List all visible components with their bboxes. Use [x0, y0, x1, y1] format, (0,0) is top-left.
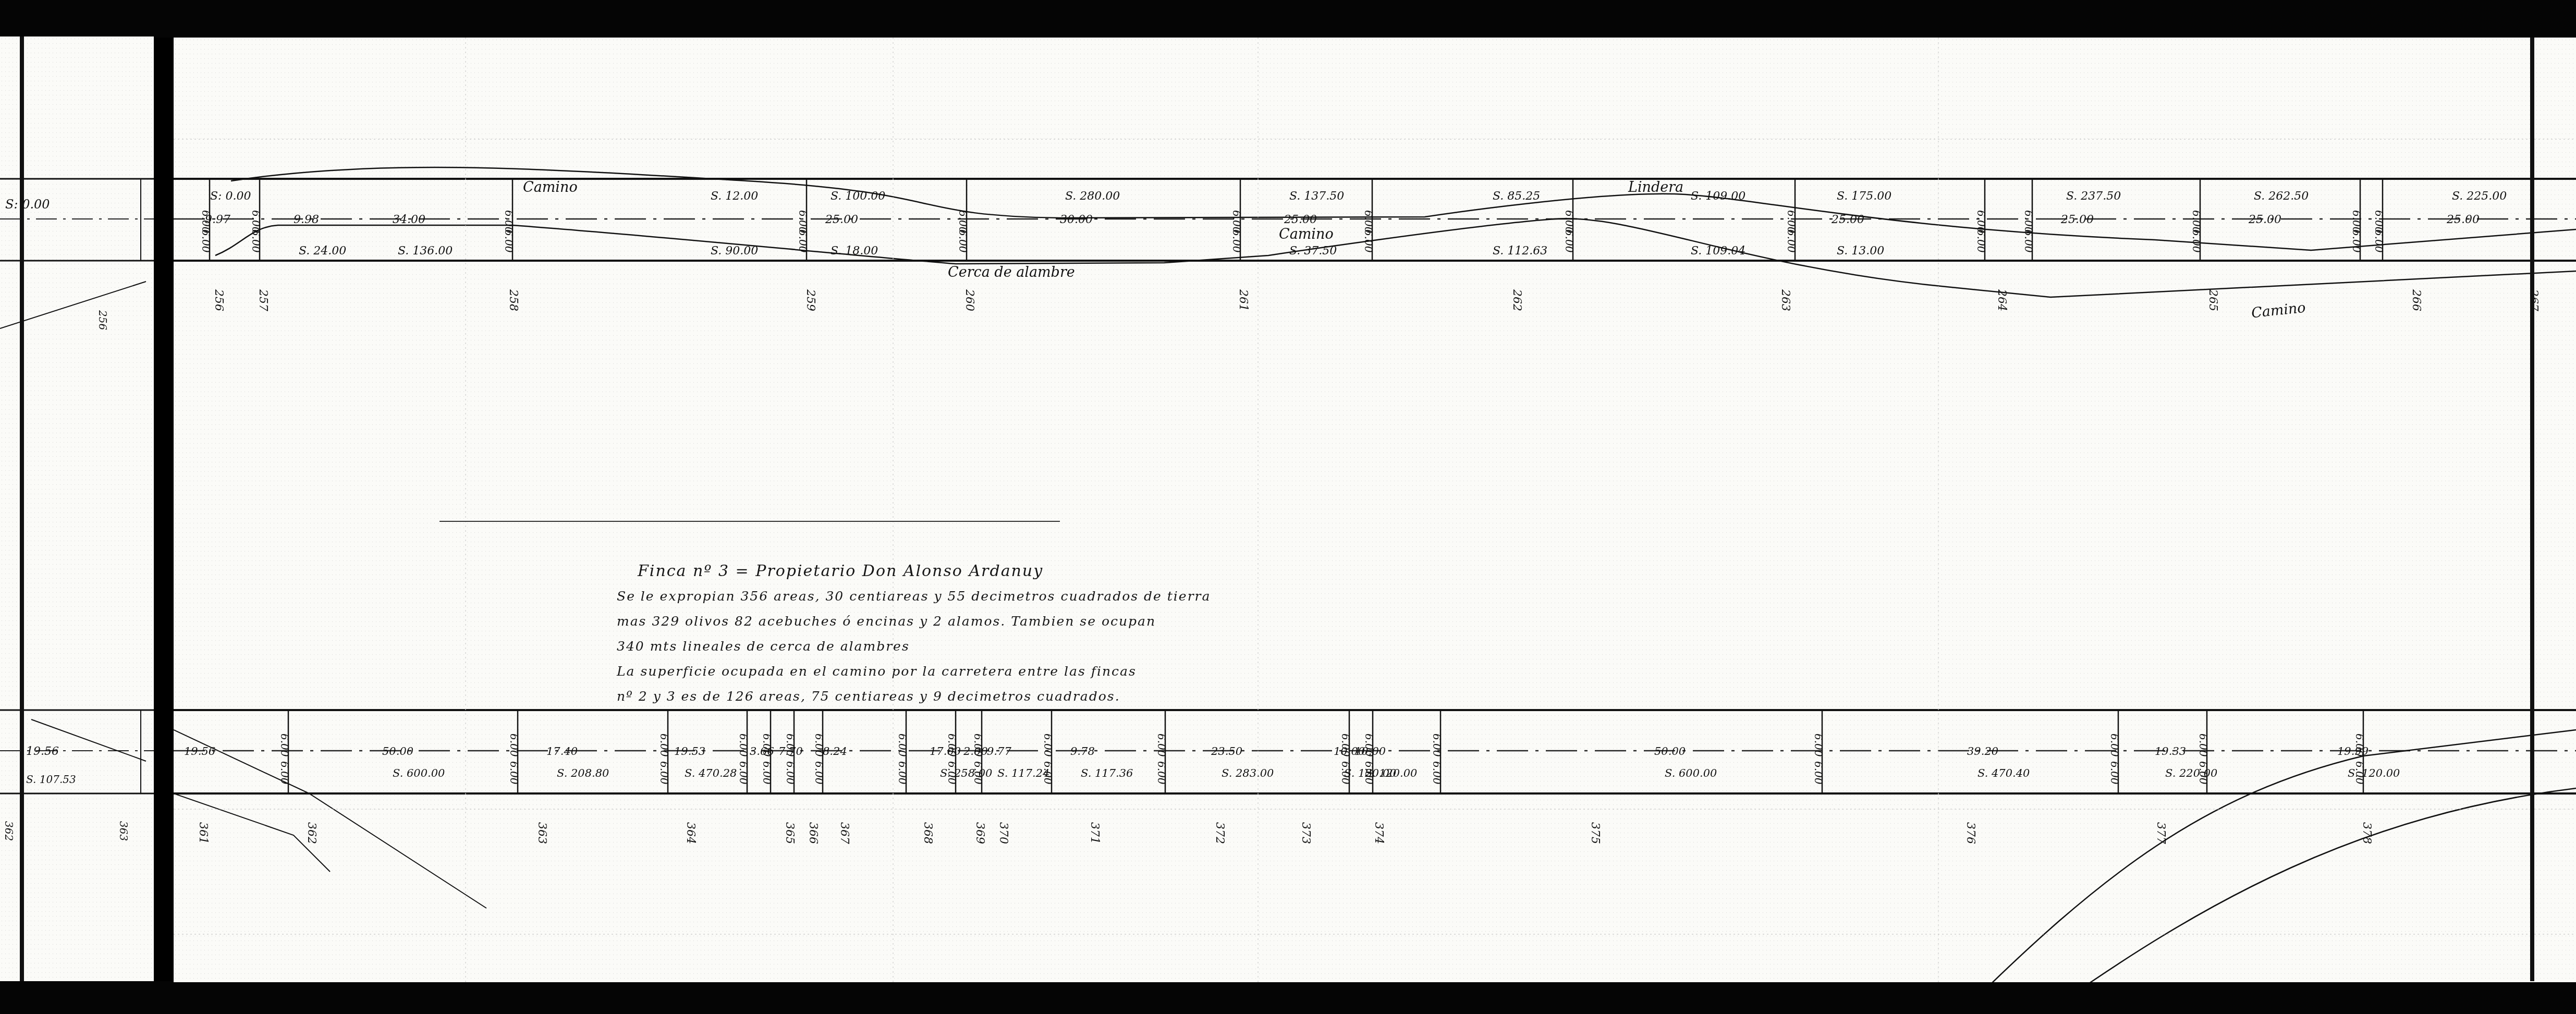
- svg-text:S. 24.00: S. 24.00: [299, 245, 346, 258]
- svg-text:6.00: 6.00: [896, 761, 909, 785]
- svg-text:25.00: 25.00: [2060, 213, 2094, 226]
- svg-text:363: 363: [535, 822, 548, 844]
- svg-text:9.78: 9.78: [1070, 745, 1095, 758]
- svg-text:6.00: 6.00: [1812, 761, 1825, 785]
- parcel-note-line: Se le expropian 356 areas, 30 centiareas…: [617, 584, 1268, 609]
- svg-text:S. 237.50: S. 237.50: [2066, 190, 2121, 203]
- svg-text:367: 367: [838, 822, 851, 844]
- svg-text:S. 283.00: S. 283.00: [1222, 767, 1274, 779]
- svg-text:39.20: 39.20: [1967, 745, 1998, 758]
- svg-text:6.00: 6.00: [1042, 734, 1054, 757]
- svg-text:6.00: 6.00: [2350, 229, 2363, 253]
- svg-text:6.00: 6.00: [2373, 229, 2385, 253]
- svg-text:19.56: 19.56: [26, 745, 59, 758]
- parcel-note-title: Finca nº 3 = Propietario Don Alonso Arda…: [638, 559, 1268, 584]
- svg-text:265: 265: [2206, 289, 2219, 311]
- svg-text:S. 280.00: S. 280.00: [1065, 190, 1120, 203]
- svg-text:50.00: 50.00: [1654, 745, 1686, 758]
- svg-text:9.97: 9.97: [205, 213, 230, 226]
- scan-border-top: [0, 0, 2576, 38]
- svg-text:6.00: 6.00: [658, 734, 670, 757]
- svg-text:6.00: 6.00: [813, 761, 825, 785]
- svg-text:S. 37.50: S. 37.50: [1289, 245, 1337, 258]
- svg-text:17.40: 17.40: [546, 745, 578, 758]
- svg-text:6.00: 6.00: [737, 734, 750, 757]
- svg-text:6.00: 6.00: [1230, 229, 1243, 253]
- svg-text:6.00: 6.00: [2108, 761, 2121, 785]
- svg-text:361: 361: [197, 822, 210, 844]
- svg-text:6.00: 6.00: [278, 761, 291, 785]
- svg-text:S. 600.00: S. 600.00: [393, 767, 445, 779]
- svg-text:34.00: 34.00: [393, 213, 425, 226]
- svg-text:S. 90.00: S. 90.00: [711, 245, 758, 258]
- svg-text:6.00: 6.00: [1431, 734, 1443, 757]
- svg-text:263: 263: [1779, 289, 1792, 311]
- svg-text:372: 372: [1213, 822, 1226, 844]
- svg-text:260: 260: [963, 289, 976, 311]
- svg-text:8.24: 8.24: [823, 745, 847, 758]
- svg-text:262: 262: [1510, 289, 1523, 311]
- svg-text:S. 107.53: S. 107.53: [26, 773, 76, 786]
- svg-text:373: 373: [1299, 822, 1312, 844]
- svg-text:6.00: 6.00: [1155, 734, 1168, 757]
- svg-text:256: 256: [212, 289, 225, 311]
- svg-text:378: 378: [2360, 822, 2373, 844]
- svg-text:50.00: 50.00: [382, 745, 413, 758]
- svg-text:362: 362: [3, 821, 15, 841]
- svg-text:259: 259: [804, 289, 817, 311]
- parcel-note-line: mas 329 olivos 82 acebuches ó encinas y …: [617, 609, 1268, 634]
- svg-text:30.00: 30.00: [1060, 213, 1093, 226]
- svg-text:374: 374: [1372, 822, 1385, 844]
- svg-text:6.00: 6.00: [784, 761, 797, 785]
- svg-text:23.50: 23.50: [1211, 745, 1242, 758]
- svg-text:S. 175.00: S. 175.00: [1837, 190, 1891, 203]
- svg-text:368: 368: [921, 822, 934, 844]
- svg-text:370: 370: [997, 822, 1010, 844]
- svg-text:S. 85.25: S. 85.25: [1493, 190, 1540, 203]
- svg-text:261: 261: [1237, 289, 1250, 311]
- svg-text:S. 220.00: S. 220.00: [2165, 767, 2217, 779]
- svg-text:266: 266: [2410, 289, 2423, 311]
- svg-text:9.98: 9.98: [294, 213, 319, 226]
- svg-text:9.77: 9.77: [987, 745, 1011, 758]
- sheet-fragment-left: S: 0.0019.56S. 107.53256363362: [0, 36, 154, 981]
- road-label: Camino: [523, 179, 578, 196]
- svg-text:6.00: 6.00: [2197, 734, 2209, 757]
- svg-text:6.00: 6.00: [957, 229, 969, 253]
- svg-text:S. 12.00: S. 12.00: [711, 190, 758, 203]
- boundary-label: Lindera: [1628, 179, 1683, 196]
- svg-text:369: 369: [973, 822, 986, 844]
- svg-text:S. 600.00: S. 600.00: [1665, 767, 1717, 779]
- svg-text:S. 18.00: S. 18.00: [831, 245, 878, 258]
- svg-text:S. 117.36: S. 117.36: [1081, 767, 1133, 779]
- svg-text:6.00: 6.00: [761, 761, 773, 785]
- svg-text:6.00: 6.00: [1431, 761, 1443, 785]
- svg-text:25.00: 25.00: [1284, 213, 1317, 226]
- svg-text:S. 262.50: S. 262.50: [2254, 190, 2309, 203]
- svg-text:6.00: 6.00: [737, 761, 750, 785]
- fence-label: Cerca de alambre: [948, 264, 1075, 280]
- svg-text:25.00: 25.00: [2248, 213, 2281, 226]
- svg-text:6.00: 6.00: [2190, 229, 2203, 253]
- svg-text:S: 0.00: S: 0.00: [5, 197, 50, 212]
- svg-text:S. 109.04: S. 109.04: [1691, 245, 1745, 258]
- svg-text:6.00: 6.00: [508, 734, 520, 757]
- svg-text:S. 100.00: S. 100.00: [831, 190, 885, 203]
- svg-text:7.70: 7.70: [778, 745, 803, 758]
- svg-text:6.00: 6.00: [508, 761, 520, 785]
- parcel-note: Finca nº 3 = Propietario Don Alonso Arda…: [617, 559, 1268, 709]
- svg-text:363: 363: [117, 821, 130, 841]
- svg-text:6.00: 6.00: [250, 229, 262, 253]
- svg-text:256: 256: [96, 310, 109, 330]
- svg-text:25.00: 25.00: [1831, 213, 1864, 226]
- svg-text:S. 136.00: S. 136.00: [398, 245, 453, 258]
- svg-text:6.00: 6.00: [200, 229, 212, 253]
- svg-text:19.33: 19.33: [2155, 745, 2186, 758]
- svg-text:17.00: 17.00: [930, 745, 961, 758]
- svg-text:S. 120.00: S. 120.00: [2348, 767, 2400, 779]
- svg-text:S. 137.50: S. 137.50: [1289, 190, 1344, 203]
- svg-text:6.00: 6.00: [278, 734, 291, 757]
- svg-text:257: 257: [257, 289, 270, 311]
- svg-text:371: 371: [1088, 822, 1101, 844]
- parcel-note-line: 340 mts lineales de cerca de alambres: [617, 634, 1268, 659]
- svg-text:19.53: 19.53: [674, 745, 705, 758]
- svg-text:2.00: 2.00: [963, 745, 988, 758]
- svg-text:25.00: 25.00: [825, 213, 858, 226]
- svg-text:362: 362: [305, 822, 318, 844]
- svg-text:366: 366: [807, 822, 820, 844]
- svg-text:6.00: 6.00: [1975, 229, 1987, 253]
- svg-text:S. 208.80: S. 208.80: [557, 767, 609, 779]
- svg-text:10.00: 10.00: [1354, 745, 1386, 758]
- svg-text:S: 0.00: S: 0.00: [210, 190, 251, 203]
- svg-text:S. 120.00: S. 120.00: [1365, 767, 1417, 779]
- svg-text:364: 364: [684, 822, 697, 844]
- svg-text:S. 470.28: S. 470.28: [685, 767, 737, 779]
- left-fragment-drawing: S: 0.0019.56S. 107.53256363362: [0, 36, 154, 981]
- svg-text:6.00: 6.00: [1155, 761, 1168, 785]
- svg-text:S. 470.40: S. 470.40: [1977, 767, 2030, 779]
- svg-text:365: 365: [783, 822, 796, 844]
- svg-text:6.00: 6.00: [658, 761, 670, 785]
- svg-text:3.66: 3.66: [750, 745, 774, 758]
- svg-text:258: 258: [507, 289, 520, 311]
- svg-text:S. 117.24: S. 117.24: [997, 767, 1049, 779]
- svg-text:6.00: 6.00: [1785, 229, 1798, 253]
- svg-text:S. 109.00: S. 109.00: [1691, 190, 1745, 203]
- svg-text:6.00: 6.00: [1812, 734, 1825, 757]
- svg-text:6.00: 6.00: [503, 229, 515, 253]
- svg-text:6.00: 6.00: [896, 734, 909, 757]
- survey-sheet: 6.006.006.006.006.006.006.006.006.006.00…: [174, 38, 2576, 982]
- svg-text:375: 375: [1589, 822, 1602, 844]
- svg-text:376: 376: [1964, 822, 1977, 844]
- svg-text:264: 264: [1995, 289, 2008, 311]
- svg-text:S. 112.63: S. 112.63: [1493, 245, 1547, 258]
- svg-text:S. 258.00: S. 258.00: [940, 767, 992, 779]
- svg-text:S. 225.00: S. 225.00: [2452, 190, 2507, 203]
- svg-text:6.00: 6.00: [1563, 229, 1576, 253]
- parcel-note-line: La superficie ocupada en el camino por l…: [617, 659, 1268, 684]
- svg-text:6.00: 6.00: [2108, 734, 2121, 757]
- road-label: Camino: [1279, 226, 1334, 242]
- sheet-edge-line: [2530, 38, 2534, 981]
- parcel-note-line: nº 2 y 3 es de 126 areas, 75 centiareas …: [617, 684, 1268, 709]
- svg-text:25.00: 25.00: [2446, 213, 2480, 226]
- scan-border-bottom: [0, 981, 2576, 1014]
- svg-text:S. 13.00: S. 13.00: [1837, 245, 1884, 258]
